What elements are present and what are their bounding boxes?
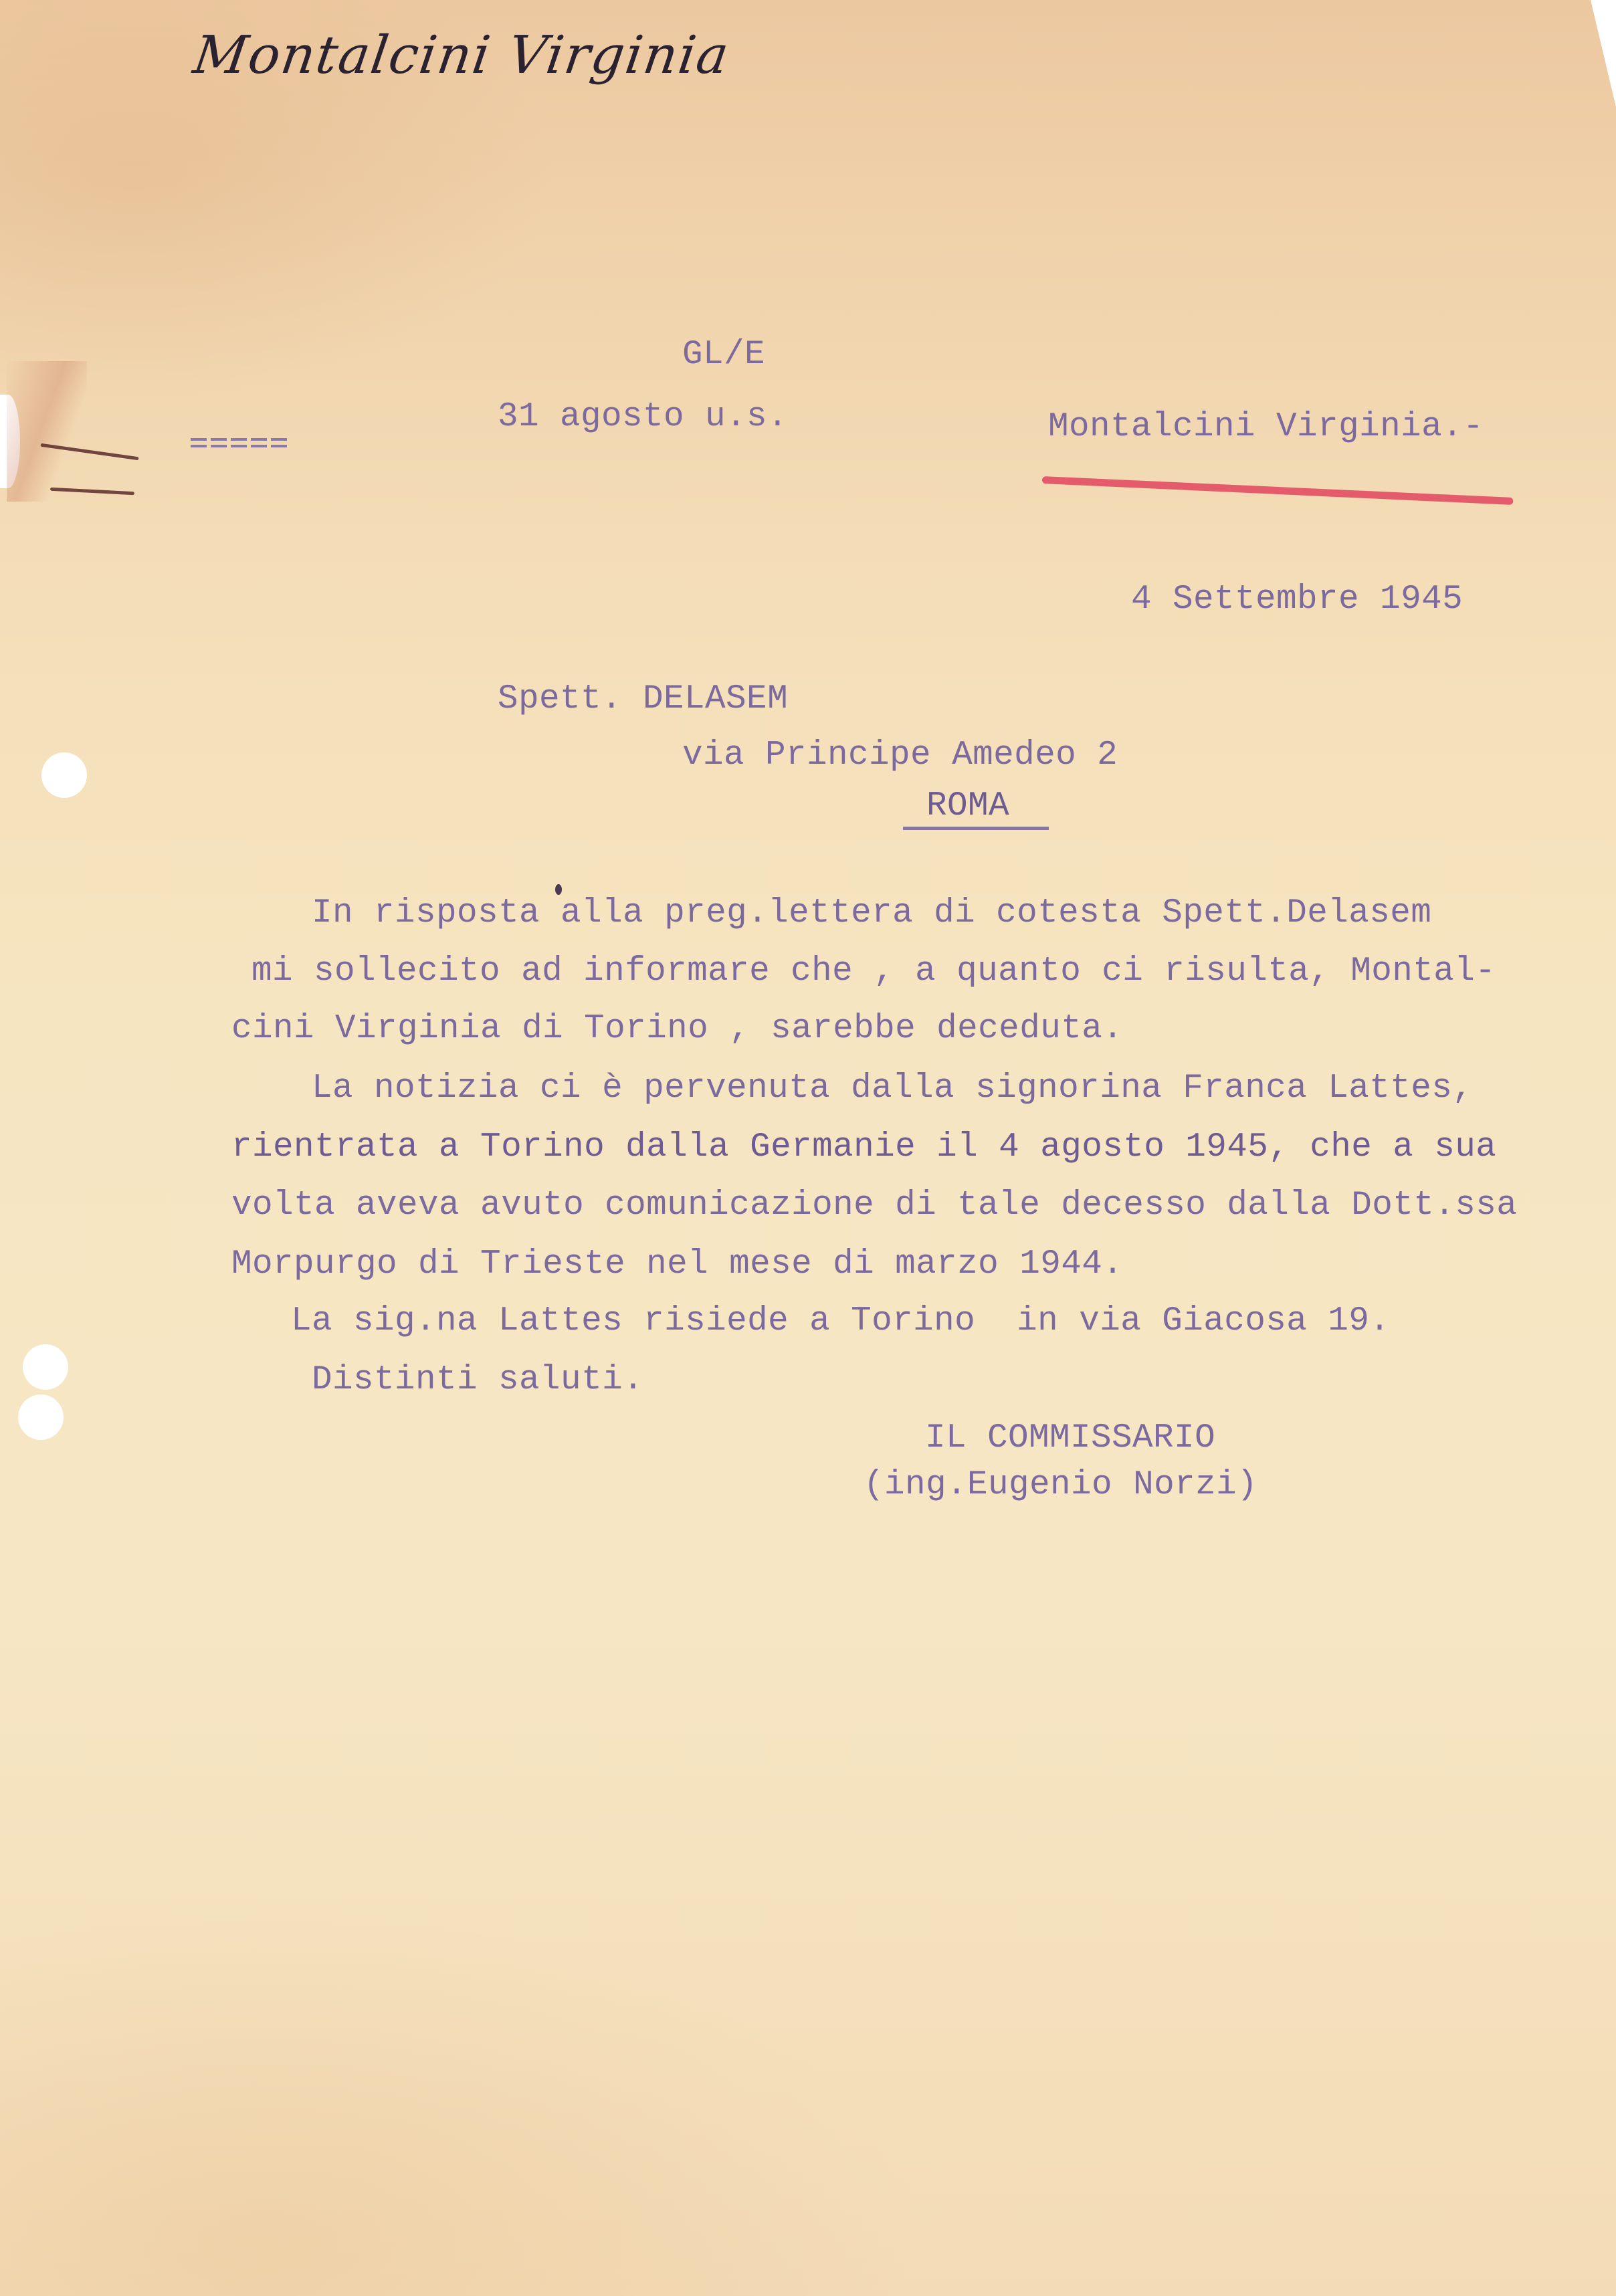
- recipient-name: Spett. DELASEM: [498, 682, 788, 716]
- punch-hole-2: [23, 1344, 68, 1390]
- body-line: Distinti saluti.: [312, 1363, 643, 1397]
- body-line: mi sollecito ad informare che , a quanto…: [251, 954, 1496, 988]
- subject-line: Montalcini Virginia.-: [1048, 410, 1484, 444]
- body-line: In risposta alla preg.lettera di cotesta…: [312, 896, 1431, 930]
- city-underline: [903, 827, 1049, 830]
- signature-title: IL COMMISSARIO: [925, 1421, 1215, 1455]
- staple-stain: [7, 361, 87, 502]
- letter-date: 4 Settembre 1945: [1131, 583, 1463, 617]
- body-line: La sig.na Lattes risiede a Torino in via…: [291, 1304, 1390, 1338]
- handwritten-name: Montalcini Virginia: [190, 25, 734, 86]
- ink-blot: [555, 884, 562, 895]
- body-line: Morpurgo di Trieste nel mese di marzo 19…: [231, 1247, 1123, 1281]
- punch-hole-1: [41, 752, 87, 798]
- signature-name: (ing.Eugenio Norzi): [864, 1468, 1257, 1502]
- recipient-city: ROMA: [926, 789, 1009, 823]
- body-line: volta aveva avuto comunicazione di tale …: [231, 1188, 1517, 1223]
- body-line: rientrata a Torino dalla Germanie il 4 a…: [231, 1130, 1496, 1164]
- reply-to-date: 31 agosto u.s.: [498, 400, 788, 434]
- separator-marks: [191, 438, 288, 449]
- reference-code: GL/E: [682, 338, 765, 372]
- punch-hole-3: [18, 1394, 64, 1440]
- recipient-address: via Principe Amedeo 2: [682, 738, 1118, 772]
- body-line: cini Virginia di Torino , sarebbe decedu…: [231, 1012, 1123, 1046]
- body-line: La notizia ci è pervenuta dalla signorin…: [312, 1071, 1473, 1106]
